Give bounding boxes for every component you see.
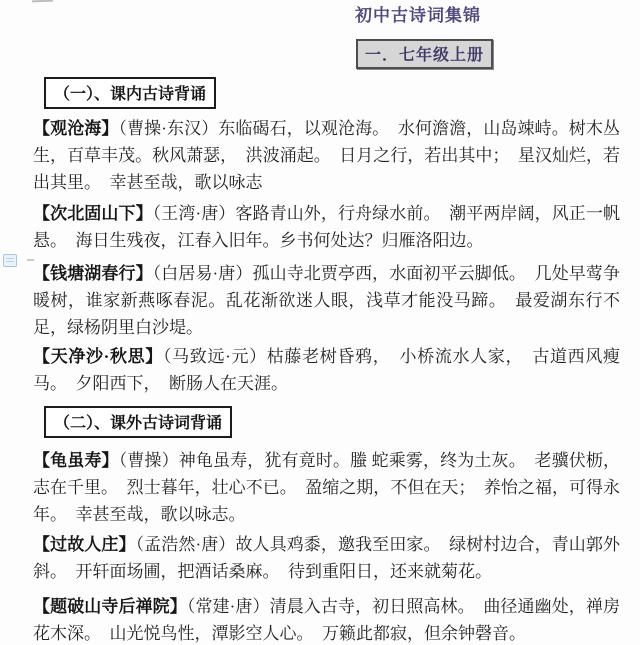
poem-paragraph: 【次北固山下】（王湾·唐）客路青山外，行舟绿水前。 潮平两岸阔，风正一帆悬。 海… [33, 200, 620, 254]
poem-paragraph: 【观沧海】（曹操·东汉）东临碣石，以观沧海。 水何澹澹，山岛竦峙。树木丛生，百草… [33, 115, 620, 196]
grade-banner: 一．七年级上册 [356, 39, 493, 69]
section-heading-extracurricular: （二）、课外古诗词背诵 [44, 406, 232, 438]
section-heading-in-class: （一）、课内古诗背诵 [44, 77, 216, 109]
poem-paragraph: 【过故人庄】（孟浩然·唐）故人具鸡黍，邀我至田家。 绿树村边合，青山郭外斜。 开… [33, 531, 620, 585]
poem-paragraph: 【钱塘湖春行】（白居易·唐）孤山寺北贾亭西，水面初平云脚低。 几处早莺争暖树，谁… [33, 260, 620, 341]
poem-author: （马致远·元） [163, 347, 267, 366]
poem-author: （曹操·东汉） [118, 119, 218, 138]
poem-title: 【天净沙·秋思】 [33, 347, 163, 366]
poem-title: 【龟虽寿】 [33, 451, 119, 470]
poem-paragraph: 【天净沙·秋思】（马致远·元）枯藤老树昏鸦， 小桥流水人家， 古道西风瘦马。 夕… [33, 343, 620, 397]
poem-author: （王湾·唐） [153, 204, 236, 223]
poem-author: （曹操） [119, 451, 179, 470]
poem-title: 【钱塘湖春行】 [33, 264, 153, 283]
poem-title: 【次北固山下】 [33, 204, 153, 223]
poem-title: 【过故人庄】 [33, 535, 136, 554]
poem-title: 【题破山寺后禅院】 [33, 597, 187, 616]
poem-author: （白居易·唐） [153, 264, 253, 283]
poem-paragraph: 【龟虽寿】（曹操）神龟虽寿，犹有竟时。螣 蛇乘雾，终为土灰。 老骥伏枥，志在千里… [33, 447, 620, 528]
poem-author: （孟浩然·唐） [136, 535, 236, 554]
scan-artifact-line [32, 0, 53, 2]
poem-paragraph: 【题破山寺后禅院】（常建·唐）清晨入古寺，初日照高林。 曲径通幽处，禅房花木深。… [33, 593, 620, 645]
poem-title: 【观沧海】 [33, 119, 118, 138]
sticky-note-comment-icon[interactable] [3, 254, 17, 267]
document-page: 初中古诗词集锦 一．七年级上册 （一）、课内古诗背诵 【观沧海】（曹操·东汉）东… [0, 0, 640, 645]
poem-author: （常建·唐） [187, 597, 270, 616]
margin-dash-artifact [27, 259, 34, 261]
document-title: 初中古诗词集锦 [355, 1, 481, 26]
